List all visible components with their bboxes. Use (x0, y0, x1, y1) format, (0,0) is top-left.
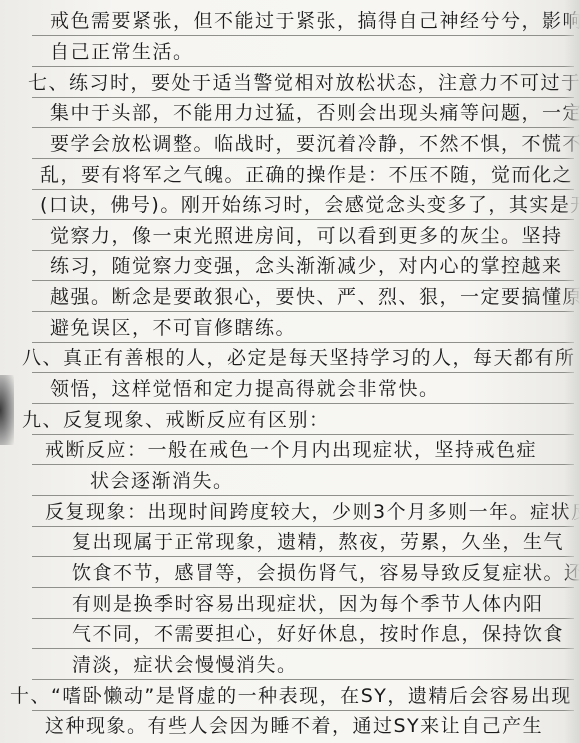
ruled-line (32, 219, 574, 220)
ruled-line (32, 618, 574, 619)
text-line: 越强。断念是要敢狠心，要快、严、烈、狠，一定要搞懂原因 (50, 285, 580, 309)
ruled-line (32, 97, 574, 98)
text-line: 状会逐渐消失。 (90, 469, 234, 493)
text-line: 觉察力，像一束光照进房间，可以看到更多的灰尘。坚持 (50, 224, 563, 248)
ruled-line (32, 311, 574, 312)
ruled-line (32, 250, 574, 251)
ruled-line (32, 342, 574, 343)
text-line: 避免误区，不可盲修瞎练。 (50, 316, 296, 340)
ruled-line (32, 495, 574, 496)
text-line: 九、反复现象、戒断反应有区别： (22, 408, 330, 432)
text-line: 乱，要有将军之气魄。正确的操作是：不压不随，觉而化之 (40, 163, 573, 187)
text-line: 反复现象：出现时间跨度较大，少则3个月多则一年。症状反 (45, 500, 580, 524)
ruled-line (32, 679, 574, 680)
text-line: 练习，随觉察力变强，念头渐渐减少，对内心的掌控越来 (50, 254, 563, 278)
text-line: 戒色需要紧张，但不能过于紧张，搞得自己神经兮兮，影响 (50, 9, 580, 33)
text-line: 八、真正有善根的人，必定是每天坚持学习的人，每天都有所 (22, 346, 576, 370)
ruled-line (32, 526, 574, 527)
ruled-line (32, 35, 574, 36)
notebook-page: 戒色需要紧张，但不能过于紧张，搞得自己神经兮兮，影响自己正常生活。七、练习时，要… (0, 0, 580, 743)
ruled-line (32, 587, 574, 588)
text-line: 自己正常生活。 (50, 40, 194, 64)
text-line: 饮食不节，感冒等，会损伤肾气，容易导致反复症状。还 (72, 561, 580, 585)
text-line: 这种现象。有些人会因为睡不着，通过SY来让自己产生 (45, 714, 543, 738)
ruled-line (32, 189, 574, 190)
ruled-line (32, 372, 574, 373)
text-line: (口诀，佛号)。刚开始练习时，会感觉念头变多了，其实是开启 (40, 193, 580, 217)
text-line: 集中于头部，不能用力过猛，否则会出现头痛等问题，一定 (50, 101, 580, 125)
ruled-line (32, 464, 574, 465)
ruled-line (32, 556, 574, 557)
text-line: 七、练习时，要处于适当警觉相对放松状态，注意力不可过于 (28, 71, 580, 95)
ruled-line (32, 434, 574, 435)
binding-shadow (0, 375, 14, 445)
ruled-line (32, 403, 574, 404)
text-line: 戒断反应：一般在戒色一个月内出现症状，坚持戒色症 (45, 438, 537, 462)
ruled-line (32, 127, 574, 128)
ruled-line (32, 66, 574, 67)
text-line: 有则是换季时容易出现症状，因为每个季节人体内阳 (72, 592, 544, 616)
text-line: 十、“嗜卧懒动”是肾虚的一种表现，在SY，遗精后会容易出现 (10, 684, 572, 708)
ruled-line (32, 710, 574, 711)
text-line: 气不同，不需要担心，好好休息，按时作息，保持饮食 (72, 622, 564, 646)
ruled-line (32, 280, 574, 281)
text-line: 要学会放松调整。临战时，要沉着冷静，不然不惧，不慌不 (50, 132, 580, 156)
text-line: 复出现属于正常现象，遗精，熬夜，劳累，久坐，生气 (72, 530, 564, 554)
ruled-line (32, 158, 574, 159)
text-line: 清淡，症状会慢慢消失。 (72, 653, 298, 677)
text-line: 领悟，这样觉悟和定力提高得就会非常快。 (50, 377, 440, 401)
page-edge-shadow (564, 0, 580, 743)
ruled-line (32, 648, 574, 649)
